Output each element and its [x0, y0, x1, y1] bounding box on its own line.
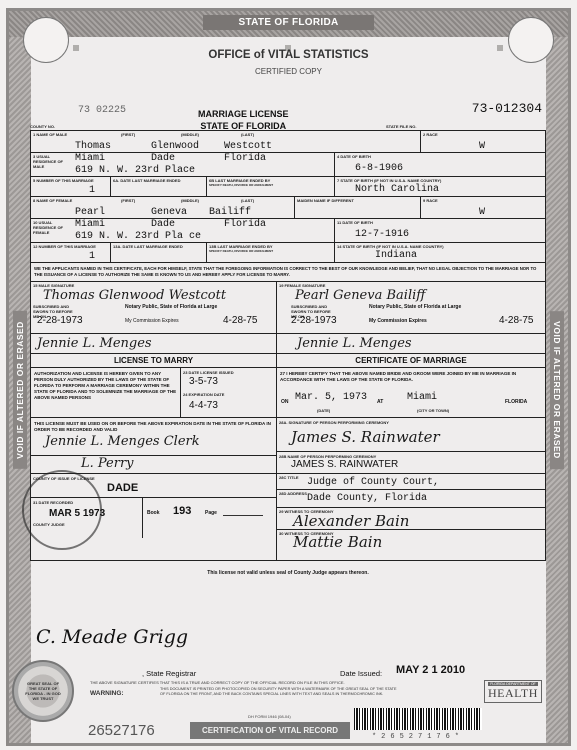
- health-logo-text: HEALTH: [488, 686, 538, 701]
- bride-last-ended-label: 13A. DATE LAST MARRIAGE ENDED: [113, 244, 204, 249]
- license-to-marry-title: LICENSE TO MARRY: [31, 354, 276, 368]
- officiant-signature-label: 28A. SIGNATURE OF PERSON PERFORMING CERE…: [277, 418, 545, 427]
- notary-signature-row: Jennie L. Menges Jennie L. Menges: [31, 334, 545, 354]
- bride-name-row: 8 Name of Female (First) (Middle) (Last)…: [31, 197, 545, 219]
- bride-dob-label: 11 DATE OF BIRTH: [337, 220, 543, 225]
- witness1-signature: Alexander Bain: [293, 512, 409, 530]
- groom-middle-name: Glenwood: [151, 141, 199, 152]
- groom-marriage-row: 5 NUMBER OF THIS MARRIAGE 1 6A. DATE LAS…: [31, 177, 545, 197]
- groom-first-name: Thomas: [75, 141, 111, 152]
- groom-state: Florida: [224, 153, 266, 164]
- groom-dob: 6-8-1906: [355, 163, 403, 174]
- license-certificate-section: LICENSE TO MARRY AUTHORIZATION AND LICEN…: [31, 354, 545, 560]
- commission-label: My Commission Expires: [125, 318, 179, 324]
- first-label: (First): [121, 198, 135, 203]
- county-code: 73 02225: [78, 105, 126, 116]
- on-label: ON: [281, 399, 289, 405]
- health-dept-logo: FLORIDA DEPARTMENT OF HEALTH: [484, 680, 542, 703]
- license-grid: 1 Name of Male (First) (Middle) (Last) T…: [30, 130, 546, 561]
- bride-last-name: Bailiff: [209, 207, 251, 218]
- state-file-number: 73-012304: [472, 101, 542, 116]
- male-commission-date: 4-28-75: [223, 315, 257, 326]
- bride-marriage-no: 1: [89, 251, 95, 262]
- groom-city: Miami: [75, 153, 105, 164]
- bride-race: W: [479, 207, 485, 218]
- license-expiration-date: 4-4-73: [189, 400, 218, 411]
- state-file-label: STATE FILE NO.: [386, 124, 417, 129]
- void-notice-right: VOID IF ALTERED OR ERASED: [550, 311, 564, 469]
- bride-residence-row: 10 Usual Residence of Female Miami Dade …: [31, 219, 545, 243]
- registrar-label: , State Registrar: [142, 669, 196, 678]
- groom-dob-label: 4 DATE OF BIRTH: [337, 154, 543, 159]
- first-label: (First): [121, 132, 135, 137]
- bride-birthplace-label: 14 STATE OF BIRTH (IF NOT IN U.S.A. NAME…: [337, 244, 543, 249]
- commission-label: My Commission Expires: [369, 318, 427, 324]
- groom-birthplace-label: 7 STATE OF BIRTH (IF NOT IN U.S.A. NAME …: [337, 178, 543, 183]
- marriage-state: FLORIDA: [505, 399, 527, 405]
- license-notice: THIS LICENSE MUST BE USED ON OR BEFORE T…: [31, 418, 276, 434]
- last-label: (Last): [241, 198, 254, 203]
- void-notice-left: VOID IF ALTERED OR ERASED: [13, 311, 27, 469]
- bride-middle-name: Geneva: [151, 207, 187, 218]
- officiant-address: Dade County, Florida: [307, 493, 427, 504]
- page-label: Page: [205, 510, 217, 516]
- groom-residence-row: 3 Usual Residence of Male Miami Dade Flo…: [31, 153, 545, 177]
- groom-residence-label: 3 Usual Residence of Male: [33, 154, 63, 169]
- middle-label: (Middle): [181, 198, 199, 203]
- marriage-date: Mar. 5, 1973: [295, 392, 367, 403]
- left-border: VOID IF ALTERED OR ERASED: [9, 37, 31, 743]
- warning-label: WARNING:: [90, 690, 124, 697]
- groom-address: 619 N. W. 23rd Place: [75, 165, 195, 176]
- officiant-title: Judge of County Court,: [307, 477, 439, 488]
- seal-text: GREAT SEAL OF THE STATE OF FLORIDA - IN …: [23, 681, 63, 701]
- office-title: OFFICE of VITAL STATISTICS: [9, 49, 568, 61]
- right-border: VOID IF ALTERED OR ERASED: [546, 37, 568, 743]
- bride-county: Dade: [151, 219, 175, 230]
- bride-state: Florida: [224, 219, 266, 230]
- officiant-signature: James S. Rainwater: [291, 428, 440, 446]
- last-label: (Last): [241, 132, 254, 137]
- license-issued-date: 3-5-73: [189, 376, 218, 387]
- officiant-name: JAMES S. RAINWATER: [291, 459, 398, 470]
- bride-birthplace: Indiana: [375, 250, 417, 261]
- female-sworn-date: 2-28-1973: [291, 315, 337, 326]
- deputy-clerk-signature: L. Perry: [81, 456, 134, 471]
- groom-birthplace: North Carolina: [355, 184, 439, 195]
- groom-race: W: [479, 141, 485, 152]
- certified-copy-subtitle: CERTIFIED COPY: [9, 67, 568, 76]
- groom-last-ended-label: 6A. DATE LAST MARRIAGE ENDED: [113, 178, 204, 183]
- notary-text: Notary Public, State of Florida at Large: [125, 304, 217, 310]
- license-title-line1: MARRIAGE LICENSE: [198, 108, 289, 120]
- at-label: AT: [377, 399, 383, 405]
- notary-signature-left: Jennie L. Menges: [37, 336, 152, 351]
- bride-race-label: 9 Race: [423, 198, 543, 203]
- witness2-signature: Mattie Bain: [293, 533, 382, 551]
- registrar-signature: C. Meade Grigg: [36, 626, 188, 648]
- notary-signature-right: Jennie L. Menges: [297, 336, 412, 351]
- notary-text: Notary Public, State of Florida at Large: [369, 304, 461, 310]
- groom-marriage-no: 1: [89, 185, 95, 196]
- validity-note: This license not valid unless seal of Co…: [30, 570, 546, 576]
- barcode: [354, 708, 482, 730]
- applicant-signature-row: 15 Male Signature Thomas Glenwood Westco…: [31, 282, 545, 334]
- book-label: Book: [147, 510, 160, 516]
- banner-title: STATE OF FLORIDA: [203, 15, 375, 30]
- groom-marriage-no-label: 5 NUMBER OF THIS MARRIAGE: [33, 178, 108, 183]
- groom-name-label: 1 Name of Male: [33, 132, 418, 137]
- city-sublabel: (CITY OR TOWN): [417, 408, 449, 413]
- county-of-issue: DADE: [107, 482, 138, 494]
- expiration-label: 24 EXPIRATION DATE: [183, 392, 224, 397]
- marriage-city: Miami: [407, 392, 437, 403]
- certification-band: CERTIFICATION OF VITAL RECORD: [190, 722, 350, 739]
- bride-marriage-no-label: 12 NUMBER OF THIS MARRIAGE: [33, 244, 108, 249]
- top-banner: STATE OF FLORIDA: [9, 11, 568, 37]
- male-sworn-date: 2-28-1973: [37, 315, 83, 326]
- date-issued-label: Date Issued:: [340, 669, 382, 678]
- date-issued: MAY 2 1 2010: [396, 664, 465, 676]
- license-title: MARRIAGE LICENSE STATE OF FLORIDA: [198, 108, 289, 132]
- certificate-of-marriage-title: CERTIFICATE OF MARRIAGE: [277, 354, 545, 368]
- male-signature: Thomas Glenwood Westcott: [43, 288, 226, 303]
- female-commission-date: 4-28-75: [499, 315, 533, 326]
- certificate-number: 26527176: [88, 722, 155, 739]
- county-court-stamp: [22, 470, 102, 550]
- clerk-signature: Jennie L. Menges Clerk: [45, 434, 200, 449]
- groom-county: Dade: [151, 153, 175, 164]
- warning-text: THIS DOCUMENT IS PRINTED OR PHOTOCOPIED …: [160, 687, 400, 697]
- groom-specify-label: SPECIFY DEATH, DIVORCE OR ANNULMENT: [209, 183, 332, 188]
- certificate-text: 27 I HEREBY CERTIFY THAT THE ABOVE NAMED…: [277, 368, 545, 386]
- groom-race-label: 2 Race: [423, 132, 543, 137]
- bride-residence-label: 10 Usual Residence of Female: [33, 220, 63, 235]
- bride-first-name: Pearl: [75, 207, 105, 218]
- female-signature: Pearl Geneva Bailiff: [295, 288, 425, 303]
- middle-label: (Middle): [181, 132, 199, 137]
- page-number: [223, 515, 263, 516]
- groom-last-name: Westcott: [224, 141, 272, 152]
- date-sublabel: (DATE): [317, 408, 330, 413]
- form-number: DH FORM 1946 (08-04): [248, 714, 291, 719]
- barcode-text: *26527176*: [354, 733, 482, 741]
- applicant-affirmation: WE THE APPLICANTS NAMED IN THIS CERTIFIC…: [31, 263, 545, 282]
- groom-name-row: 1 Name of Male (First) (Middle) (Last) T…: [31, 131, 545, 153]
- license-authorization-text: AUTHORIZATION AND LICENSE IS HEREBY GIVE…: [31, 368, 181, 417]
- bride-dob: 12-7-1916: [355, 229, 409, 240]
- bride-specify-label: SPECIFY DEATH, DIVORCE OR ANNULMENT: [209, 249, 332, 254]
- certification-statement: THE ABOVE SIGNATURE CERTIFIES THAT THIS …: [90, 680, 345, 685]
- bride-address: 619 N. W. 23rd Pla ce: [75, 231, 201, 242]
- certificate-of-marriage-section: CERTIFICATE OF MARRIAGE 27 I HEREBY CERT…: [277, 354, 545, 560]
- bride-maiden-label: Maiden name if different: [297, 198, 418, 203]
- bride-marriage-row: 12 NUMBER OF THIS MARRIAGE 1 13A. DATE L…: [31, 243, 545, 263]
- great-seal-icon: GREAT SEAL OF THE STATE OF FLORIDA - IN …: [12, 660, 74, 722]
- book-number: 193: [173, 505, 191, 517]
- county-no-label: COUNTY NO.: [30, 124, 55, 129]
- bride-city: Miami: [75, 219, 105, 230]
